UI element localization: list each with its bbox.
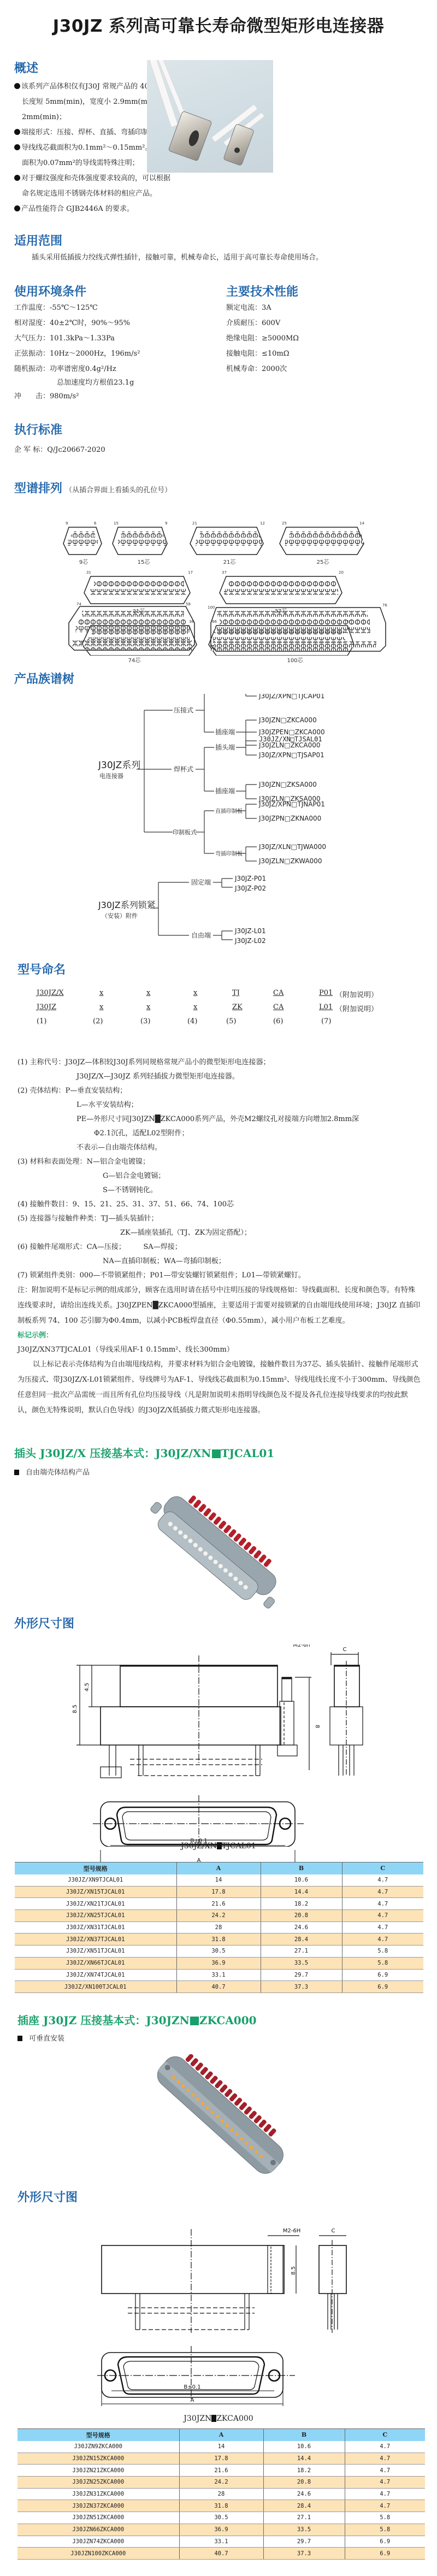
svg-text:J30JZLN□ZKSA000: J30JZLN□ZKSA000 xyxy=(258,795,321,803)
svg-text:17: 17 xyxy=(188,570,193,575)
tree-model: J30JZ/XN□TJSAL01 xyxy=(259,735,322,743)
tree-branch: 印制板式 xyxy=(173,828,197,836)
svg-text:8.5: 8.5 xyxy=(72,1705,78,1713)
naming-scheme: J30JZ/X x x x TJ CA P01 （附加说明） J30JZ x x… xyxy=(0,989,437,1038)
socket-3d-render xyxy=(131,2054,306,2180)
table-row: J30JZ/XN15TJCAL0117.814.44.7 xyxy=(15,1886,423,1898)
overview-bullet: 产品性能符合 GJB2446A 的要求。 xyxy=(14,202,211,217)
shell-label-15: 15芯 xyxy=(138,558,151,565)
svg-text:固定端: 固定端 xyxy=(191,878,211,886)
performance-heading: 主要技术性能 xyxy=(226,282,298,299)
table-row: J30JZ/XN37TJCAL0131.828.44.7 xyxy=(15,1934,423,1946)
example-heading: 标记示例： xyxy=(17,1329,422,1343)
svg-text:J30JZ/XLN□TJWA000: J30JZ/XLN□TJWA000 xyxy=(258,843,326,851)
socket-dim-heading: 外形尺寸图 xyxy=(17,2188,78,2205)
svg-text:74: 74 xyxy=(76,602,81,606)
performance-list: 额定电流：3A 介质耐压：600V 绝缘电阻：≥5000MΩ 接触电阻：≤10m… xyxy=(226,300,299,377)
explanation-item: (5) 连接器与接触件种类：TJ—插头装插针； xyxy=(17,1212,422,1226)
accessory-root: J30JZ系列锁紧 xyxy=(98,900,156,910)
explanation-item: (3) 材料和表面处理：N—铝合金电镀镍； xyxy=(17,1155,422,1169)
layout-heading-row: 型谱排列 （从插合界面上看插头的孔位号） xyxy=(14,479,172,496)
svg-text:C: C xyxy=(332,2228,335,2234)
svg-text:20: 20 xyxy=(339,570,344,575)
plug-heading: 插头 J30JZ/X 压接基本式：J30JZ/XNTJCAL01 xyxy=(14,1445,274,1460)
shell-label-9: 9芯 xyxy=(79,558,88,565)
table-row: J30JZN15ZKCA00017.814.44.7 xyxy=(17,2453,425,2465)
shell-label-100: 100芯 xyxy=(287,657,303,664)
tree-root: J30JZ系列 xyxy=(98,760,140,771)
placeholder-square-icon xyxy=(190,2017,199,2025)
svg-text:B±0.1: B±0.1 xyxy=(184,2384,200,2390)
table-row: J30JZN100ZKCA00040.737.36.9 xyxy=(17,2548,425,2560)
svg-text:弯插印制板: 弯插印制板 xyxy=(215,850,243,857)
svg-text:15: 15 xyxy=(114,521,119,526)
socket-dimension-drawing: 8.5 M2-6H C xyxy=(0,2224,437,2404)
naming-explanations: (1) 主称代号：J30JZ—体积较J30J系列同规格常规产品小的微型矩形电连接… xyxy=(17,1056,422,1418)
svg-text:插座端: 插座端 xyxy=(215,787,235,795)
svg-text:25: 25 xyxy=(282,521,287,526)
svg-text:J30JZ-L01: J30JZ-L01 xyxy=(234,927,266,935)
table-row: J30JZ/XN100TJCAL0140.737.36.9 xyxy=(15,1981,423,1993)
scope-text: 插头采用低插拔力绞线式弹性插针，接触可靠，机械寿命长，适用于高可靠长寿命使用场合… xyxy=(32,250,323,266)
env-item: 相对湿度：40±2℃时，90%～95% xyxy=(14,316,140,331)
plug-caption: J30JZ/XNTJCAL01 xyxy=(0,1842,437,1850)
overview-heading: 概述 xyxy=(14,59,38,76)
env-item: 大气压力：101.3kPa～1.33Pa xyxy=(14,331,140,346)
svg-text:J30JZPEN□ZKCA000: J30JZPEN□ZKCA000 xyxy=(258,728,325,736)
env-item: 正弦振动：10Hz～2000Hz，196m/s² xyxy=(14,346,140,362)
svg-text:8.5: 8.5 xyxy=(291,2266,297,2275)
table-row: J30JZ/XN21TJCAL0121.618.24.7 xyxy=(15,1898,423,1910)
svg-text:C: C xyxy=(343,1647,347,1653)
svg-text:J30JZN□ZKSA000: J30JZN□ZKSA000 xyxy=(258,781,317,788)
shell-layout-diagram-row4: 74芯 100芯 7458 10076 xyxy=(0,601,437,667)
perf-item: 介质耐压：600V xyxy=(226,316,299,331)
env-item: 总加速度均方根值23.1g xyxy=(14,377,140,389)
svg-text:J30JZ/XPN□TJCAP01: J30JZ/XPN□TJCAP01 xyxy=(258,694,324,700)
overview-bullet: 对于螺纹强度和壳体强度要求较高的，可以根据 xyxy=(14,171,211,186)
table-row: J30JZ/XN31TJCAL012824.64.7 xyxy=(15,1921,423,1934)
table-row: J30JZN25ZKCA00024.220.84.7 xyxy=(17,2477,425,2489)
shell-label-25: 25芯 xyxy=(317,558,330,565)
bullet-icon xyxy=(14,83,20,89)
table-header-row: 型号规格 A B C xyxy=(15,1862,423,1874)
svg-text:9: 9 xyxy=(165,521,167,526)
svg-text:9: 9 xyxy=(66,521,68,526)
bullet-icon xyxy=(14,129,20,135)
table-row: J30JZ/XN25TJCAL0124.220.84.7 xyxy=(15,1910,423,1922)
plug-front-dimension-lines: B±0.1 A xyxy=(0,1797,437,1868)
svg-text:12: 12 xyxy=(260,521,265,526)
svg-text:100: 100 xyxy=(208,605,215,610)
perf-item: 额定电流：3A xyxy=(226,300,299,316)
svg-text:J30JZ-L02: J30JZ-L02 xyxy=(234,937,266,945)
svg-text:J30JZ-P02: J30JZ-P02 xyxy=(234,885,266,892)
table-row: J30JZN9ZKCA0001410.64.7 xyxy=(17,2441,425,2453)
standard-heading: 执行标准 xyxy=(14,421,62,438)
svg-text:M2-6h: M2-6h xyxy=(293,1644,310,1648)
svg-text:插头端: 插头端 xyxy=(215,743,235,751)
svg-text:J30JZ-P01: J30JZ-P01 xyxy=(234,875,266,882)
svg-text:插座端: 插座端 xyxy=(215,728,235,736)
explanation-item: (4) 接触件数目：9、15、21、25、31、37、51、66、74、100芯 xyxy=(17,1198,422,1212)
env-item: 冲 击：980m/s² xyxy=(14,389,140,404)
table-row: J30JZN51ZKCA00030.527.15.8 xyxy=(17,2512,425,2524)
svg-text:58: 58 xyxy=(186,602,191,606)
shell-label-74: 74芯 xyxy=(128,657,141,664)
table-row: J30JZN37ZKCA00031.828.44.7 xyxy=(17,2500,425,2512)
socket-front-dimension-lines: B±0.1 A xyxy=(0,2382,437,2415)
page-title: J30JZ 系列高可靠长寿命微型矩形电连接器 xyxy=(0,12,437,37)
shell-label-21: 21芯 xyxy=(223,558,237,565)
svg-text:J30JZN□ZKCA000: J30JZN□ZKCA000 xyxy=(258,716,317,724)
svg-text:31: 31 xyxy=(86,570,91,575)
bullet-icon xyxy=(14,144,20,150)
table-row: J30JZ/XN51TJCAL0130.527.15.8 xyxy=(15,1946,423,1958)
perf-item: 绝缘电阻：≥5000MΩ xyxy=(226,331,299,346)
svg-text:8: 8 xyxy=(314,1725,320,1728)
example-code: J30JZ/XN37TJCAL01（导线采用AF-1 0.15mm²、线长300… xyxy=(17,1343,422,1357)
plug-3d-render xyxy=(131,1486,306,1617)
standard-text: 企 军 标：Q/Jc20667-2020 xyxy=(14,443,105,458)
perf-item: 机械寿命：2000次 xyxy=(226,362,299,377)
square-bullet-icon xyxy=(17,2036,22,2041)
env-item: 工作温度：-55℃～125℃ xyxy=(14,300,140,316)
svg-text:6: 6 xyxy=(94,521,97,526)
svg-text:J30JZPN□ZKNA000: J30JZPN□ZKNA000 xyxy=(258,815,321,822)
explanation-item: (2) 壳体结构：P—垂直安装结构； xyxy=(17,1084,422,1098)
plug-feature: 自由端壳体结构产品 xyxy=(14,1466,90,1477)
environment-list: 工作温度：-55℃～125℃ 相对湿度：40±2℃时，90%～95% 大气压力：… xyxy=(14,300,140,404)
note-text: 注：附加说明不是标记示例的组成部分，顾客在选用时请在括号中注明压接的导线规格如：… xyxy=(17,1283,422,1329)
plug-spec-table: 型号规格 A B C J30JZ/XN9TJCAL011410.64.7 J30… xyxy=(15,1862,423,1993)
explanation-item: (6) 接触件尾端形式：CA—压接； SA—焊接； xyxy=(17,1240,422,1254)
plug-dim-heading: 外形尺寸图 xyxy=(14,1614,74,1631)
table-row: J30JZN74ZKCA00033.129.76.9 xyxy=(17,2536,425,2548)
scope-heading: 适用范围 xyxy=(14,232,62,249)
explanation-item: (7) 锁紧组件类别：000—不带锁紧组件；P01—带安装螺钉锁紧组件；L01—… xyxy=(17,1269,422,1283)
table-row: J30JZ/XN9TJCAL011410.64.7 xyxy=(15,1874,423,1887)
svg-text:14: 14 xyxy=(359,521,364,526)
table-row: J30JZ/XN66TJCAL0136.933.55.8 xyxy=(15,1957,423,1969)
table-row: J30JZ/XN74TJCAL0133.129.76.9 xyxy=(15,1969,423,1981)
svg-text:37: 37 xyxy=(222,570,227,575)
placeholder-square-icon xyxy=(212,1449,221,1458)
placeholder-square-icon xyxy=(211,2415,216,2422)
svg-text:自由端: 自由端 xyxy=(191,931,211,939)
layout-heading: 型谱排列 xyxy=(14,481,62,496)
tree-branch: 焊杯式 xyxy=(174,765,193,773)
environment-heading: 使用环境条件 xyxy=(14,282,86,299)
svg-text:J30JZ/XPN□TJSAP01: J30JZ/XPN□TJSAP01 xyxy=(258,751,324,759)
tree-branch: 压接式 xyxy=(174,706,193,714)
svg-text:M2-6H: M2-6H xyxy=(283,2228,300,2234)
perf-item: 接触电阻：≤10mΩ xyxy=(226,346,299,362)
example-text: 以上标记表示壳体结构为自由端甩线结构，并要求材料为铝合金电镀镍，接触件数目为37… xyxy=(17,1357,422,1418)
placeholder-square-icon xyxy=(217,1842,222,1849)
table-row: J30JZN31ZKCA0002824.64.7 xyxy=(17,2488,425,2500)
family-tree-diagram: J30JZ系列 电连接器 压接式 插头端 插座端 焊杯式 插头端 插座端 印制板… xyxy=(0,694,437,945)
table-row: J30JZN21ZKCA00021.618.24.7 xyxy=(17,2465,425,2477)
svg-text:21: 21 xyxy=(192,521,197,526)
explanation-item: (1) 主称代号：J30JZ—体积较J30J系列同规格常规产品小的微型矩形电连接… xyxy=(17,1056,422,1070)
socket-spec-table: 型号规格 A B C J30JZN9ZKCA0001410.64.7 J30JZ… xyxy=(17,2428,425,2560)
env-item: 随机振动：功率谱密度0.4g²/Hz xyxy=(14,362,140,377)
square-bullet-icon xyxy=(14,1470,19,1475)
socket-heading: 插座 J30JZ 压接基本式：J30JZNZKCA000 xyxy=(17,2012,257,2027)
naming-heading: 型号命名 xyxy=(17,960,66,977)
socket-caption: J30JZNZKCA000 xyxy=(0,2414,437,2423)
svg-text:4.5: 4.5 xyxy=(84,1683,90,1691)
svg-text:（安装）附件: （安装）附件 xyxy=(102,912,138,919)
svg-text:直插印制板: 直插印制板 xyxy=(215,807,243,815)
table-header-row: 型号规格 A B C xyxy=(17,2429,425,2441)
socket-feature: 可垂直安装 xyxy=(17,2032,64,2043)
svg-text:J30JZLN□ZKWA000: J30JZLN□ZKWA000 xyxy=(258,857,322,865)
svg-text:76: 76 xyxy=(382,603,387,608)
bullet-icon xyxy=(14,175,20,181)
svg-text:A: A xyxy=(191,2397,194,2403)
table-row: J30JZN66ZKCA00036.933.55.8 xyxy=(17,2524,425,2536)
product-photo xyxy=(147,60,273,173)
bullet-icon xyxy=(14,205,20,211)
layout-subheading: （从插合界面上看插头的孔位号） xyxy=(65,486,172,494)
svg-text:电连接器: 电连接器 xyxy=(99,772,123,780)
family-tree-heading: 产品族谱树 xyxy=(14,670,74,687)
